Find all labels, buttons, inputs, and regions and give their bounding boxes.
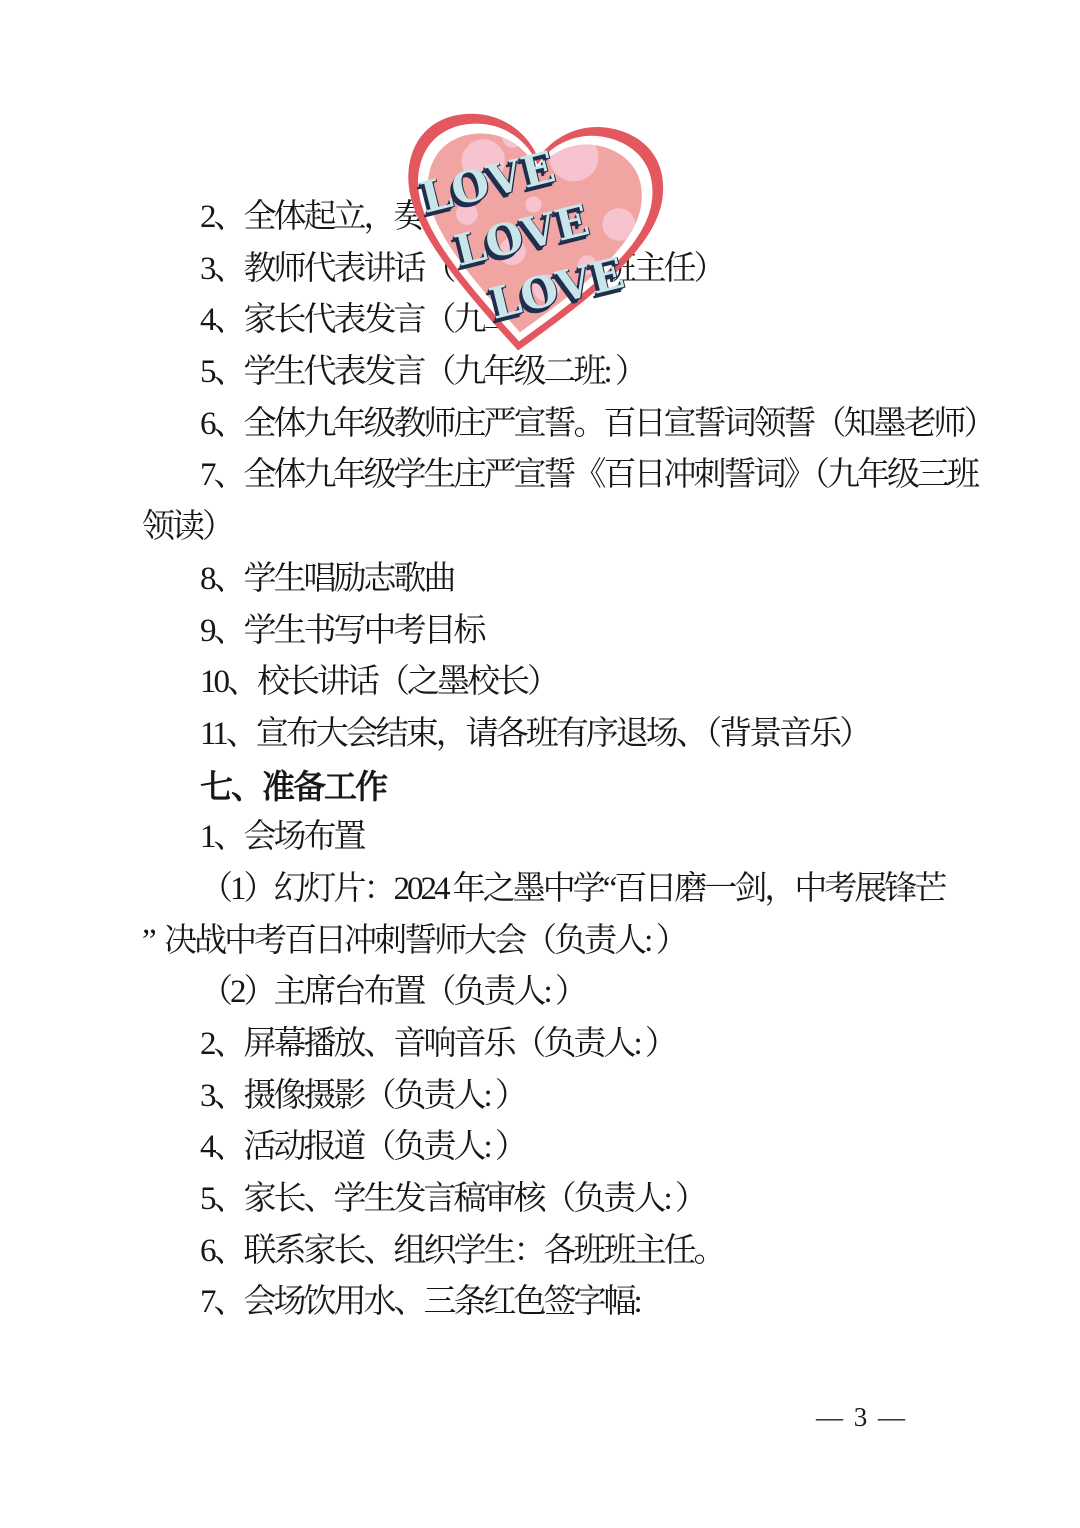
- doc-text: 8、学生唱励志歌曲: [200, 561, 454, 597]
- doc-line-prep-5: 5、家长、学生发言稿审核（负责人: ）: [0, 1174, 1080, 1226]
- doc-text: 七、准备工作: [200, 768, 386, 805]
- doc-line-prep-1-1: （1）幻灯片：2024 年之墨中学“百日磨一剑，中考展锋芒: [0, 864, 1080, 916]
- doc-line-section-7-heading: 七、准备工作: [0, 761, 1080, 813]
- doc-text: 3、摄像摄影（负责人: ）: [200, 1078, 525, 1114]
- doc-line-prep-2: 2、屏幕播放、音响音乐（负责人: ）: [0, 1019, 1080, 1071]
- doc-line-item-6: 6、全体九年级教师庄严宣誓。百日宣誓词领誓（知墨老师）: [0, 399, 1080, 451]
- doc-text: 2、全体起立，奏: [200, 199, 424, 235]
- page-number: — 3 —: [816, 1402, 907, 1433]
- doc-line-item-7: 7、全体九年级学生庄严宣誓《百日冲刺誓词》（九年级三班: [0, 450, 1080, 502]
- doc-line-prep-7: 7、会场饮用水、三条红色签字幅:: [0, 1277, 1080, 1329]
- doc-text: 领读）: [142, 509, 232, 545]
- doc-text: （2）主席台布置（负责人: ）: [200, 974, 585, 1010]
- doc-line-prep-6: 6、联系家长、组织学生：各班班主任。: [0, 1226, 1080, 1278]
- doc-line-prep-1: 1、会场布置: [0, 812, 1080, 864]
- doc-line-prep-1-1-cont: ” 决战中考百日冲刺誓师大会（负责人: ）: [0, 916, 1080, 968]
- doc-text: 4、活动报道（负责人: ）: [200, 1129, 525, 1165]
- doc-line-item-7-cont: 领读）: [0, 502, 1080, 554]
- love-heart-sticker: LOVE LOVE LOVE: [392, 112, 668, 362]
- doc-text: （1）幻灯片：2024 年之墨中学“百日磨一剑，中考展锋芒: [200, 871, 944, 907]
- doc-text: 7、会场饮用水、三条红色签字幅:: [200, 1284, 640, 1320]
- doc-text: 9、学生书写中考目标: [200, 613, 484, 649]
- doc-text: 6、联系家长、组织学生：各班班主任。: [200, 1233, 724, 1269]
- document-page: 2、全体起立，奏3、教师代表讲话（班主任）4、家长代表发言（九二）5、学生代表发…: [0, 0, 1080, 1528]
- doc-text: 6、全体九年级教师庄严宣誓。百日宣誓词领誓（知墨老师）: [200, 406, 994, 442]
- doc-text: 11、宣布大会结束，请各班有序退场、（背景音乐）: [200, 716, 869, 752]
- doc-text: 1、会场布置: [200, 819, 364, 855]
- doc-text: ” 决战中考百日冲刺誓师大会（负责人: ）: [142, 923, 686, 959]
- doc-line-item-9: 9、学生书写中考目标: [0, 606, 1080, 658]
- doc-line-prep-4: 4、活动报道（负责人: ）: [0, 1122, 1080, 1174]
- doc-line-prep-3: 3、摄像摄影（负责人: ）: [0, 1071, 1080, 1123]
- doc-line-item-8: 8、学生唱励志歌曲: [0, 554, 1080, 606]
- doc-text: 7、全体九年级学生庄严宣誓《百日冲刺誓词》（九年级三班: [200, 457, 977, 493]
- doc-text: 10、校长讲话（之墨校长）: [200, 664, 557, 700]
- doc-text: 5、家长、学生发言稿审核（负责人: ）: [200, 1181, 705, 1217]
- doc-line-prep-1-2: （2）主席台布置（负责人: ）: [0, 967, 1080, 1019]
- doc-line-item-10: 10、校长讲话（之墨校长）: [0, 657, 1080, 709]
- doc-text: 2、屏幕播放、音响音乐（负责人: ）: [200, 1026, 675, 1062]
- doc-line-item-11: 11、宣布大会结束，请各班有序退场、（背景音乐）: [0, 709, 1080, 761]
